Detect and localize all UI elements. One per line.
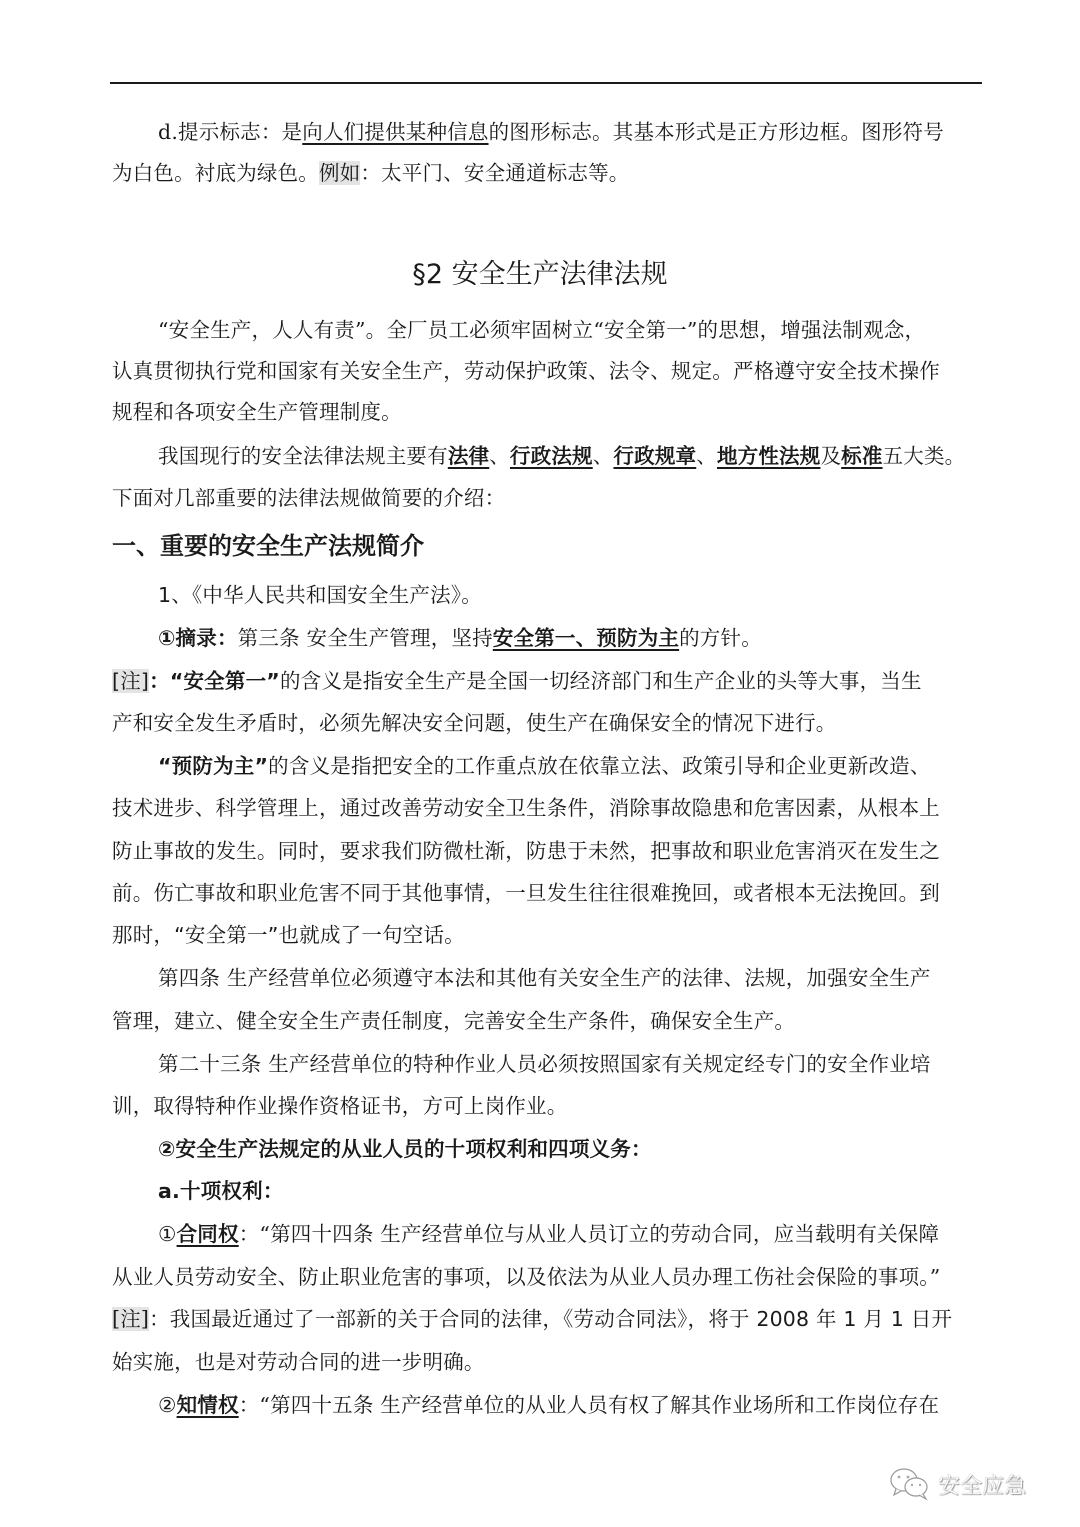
text: 的图形标志。其基本形式是正方形边框。图形符号 bbox=[489, 120, 944, 144]
header-rule bbox=[110, 82, 982, 84]
note2-line2: 始实施，也是对劳动合同的进一步明确。 bbox=[112, 1345, 982, 1375]
text: ：我国最近通过了一部新的关于合同的法律，《劳动合同法》，将于 2008 年 1 … bbox=[149, 1307, 952, 1331]
para-d-line1: d.提示标志：是向人们提供某种信息的图形标志。其基本形式是正方形边框。图形符号 bbox=[158, 115, 982, 145]
rights-subheading: a.十项权利： bbox=[158, 1174, 982, 1204]
right2-line1: ②知情权：“第四十五条 生产经营单位的从业人员有权了解其作业场所和工作岗位存在 bbox=[158, 1388, 982, 1418]
text: ：“第四十四条 生产经营单位与从业人员订立的劳动合同，应当载明有关保障 bbox=[239, 1222, 940, 1246]
item-number: ② bbox=[158, 1393, 177, 1417]
prevention-line5: 那时，“安全第一”也就成了一句空话。 bbox=[112, 918, 982, 948]
text: 的含义是指把安全的工作重点放在依靠立法、政策引导和企业更新改造、 bbox=[268, 754, 930, 778]
text: ：“第四十五条 生产经营单位的从业人员有权了解其作业场所和工作岗位存在 bbox=[239, 1393, 940, 1417]
prevention-line4: 前。伤亡事故和职业危害不同于其他事情，一旦发生往往很难挽回，或者根本无法挽回。到 bbox=[112, 876, 982, 906]
item-number: ① bbox=[158, 1222, 177, 1246]
article23-line2: 训，取得特种作业操作资格证书，方可上岗作业。 bbox=[112, 1089, 982, 1119]
note2-line1: [注]：我国最近通过了一部新的关于合同的法律，《劳动合同法》，将于 2008 年… bbox=[112, 1302, 982, 1332]
highlighted-text: 例如 bbox=[319, 161, 360, 185]
rights-heading: ②安全生产法规定的从业人员的十项权利和四项义务： bbox=[158, 1132, 982, 1162]
intro-line2: 认真贯彻执行党和国家有关安全生产，劳动保护政策、法令、规定。严格遵守安全技术操作 bbox=[112, 354, 982, 384]
text: 第三条 安全生产管理，坚持 bbox=[238, 626, 493, 650]
law1-title: 1、《中华人民共和国安全生产法》。 bbox=[158, 578, 982, 608]
right-label: 合同权 bbox=[177, 1222, 239, 1246]
separator: 、 bbox=[489, 444, 510, 468]
prevention-line2: 技术进步、科学管理上，通过改善劳动安全卫生条件，消除事故隐患和危害因素，从根本上 bbox=[112, 791, 982, 821]
note-line2: 产和安全发生矛盾时，必须先解决安全问题，使生产在确保安全的情况下进行。 bbox=[112, 706, 982, 736]
excerpt-label: ①摘录： bbox=[158, 626, 238, 650]
categories-line2: 下面对几部重要的法律法规做简要的介绍： bbox=[112, 481, 982, 511]
prevention-line1: “预防为主”的含义是指把安全的工作重点放在依靠立法、政策引导和企业更新改造、 bbox=[158, 749, 982, 779]
article4-line2: 管理，建立、健全安全生产责任制度，完善安全生产条件，确保安全生产。 bbox=[112, 1004, 982, 1034]
conjunction: 及 bbox=[820, 444, 841, 468]
category-admin-rule: 行政规章 bbox=[613, 444, 696, 468]
categories-line1: 我国现行的安全法律法规主要有法律、行政法规、行政规章、地方性法规及标准五大类。 bbox=[158, 439, 982, 469]
bold-term: “安全第一” bbox=[170, 669, 280, 693]
category-admin-regulation: 行政法规 bbox=[510, 444, 593, 468]
text: 我国现行的安全法律法规主要有 bbox=[158, 444, 448, 468]
prevention-line3: 防止事故的发生。同时，要求我们防微杜渐，防患于未然，把事故和职业危害消灭在发生之 bbox=[112, 834, 982, 864]
right1-line2: 从业人员劳动安全、防止职业危害的事项，以及依法为从业人员办理工伤社会保险的事项。… bbox=[112, 1260, 982, 1290]
right1-line1: ①合同权：“第四十四条 生产经营单位与从业人员订立的劳动合同，应当载明有关保障 bbox=[158, 1217, 982, 1247]
wechat-icon bbox=[888, 1466, 932, 1502]
colon: ： bbox=[149, 669, 170, 693]
text: 的方针。 bbox=[679, 626, 762, 650]
article23-line1: 第二十三条 生产经营单位的特种作业人员必须按照国家有关规定经专门的安全作业培 bbox=[158, 1047, 982, 1077]
category-local-regulation: 地方性法规 bbox=[717, 444, 821, 468]
right-label: 知情权 bbox=[177, 1393, 239, 1417]
note-label: [注] bbox=[112, 669, 149, 693]
watermark: 安全应急 bbox=[888, 1466, 1026, 1502]
watermark-text: 安全应急 bbox=[938, 1469, 1026, 1500]
text: 为白色。衬底为绿色。 bbox=[112, 161, 319, 185]
underlined-text: 向人们提供某种信息 bbox=[302, 120, 488, 144]
text: 五大类。 bbox=[883, 444, 966, 468]
excerpt-line: ①摘录：第三条 安全生产管理，坚持安全第一、预防为主的方针。 bbox=[158, 621, 982, 651]
intro-line1: “安全生产，人人有责”。全厂员工必须牢固树立“安全第一”的思想，增强法制观念， bbox=[158, 313, 982, 343]
heading-1: 一、重要的安全生产法规简介 bbox=[112, 526, 424, 561]
para-d-line2: 为白色。衬底为绿色。例如：太平门、安全通道标志等。 bbox=[112, 156, 982, 186]
category-law: 法律 bbox=[448, 444, 489, 468]
bold-term: “预防为主” bbox=[158, 754, 268, 778]
separator: 、 bbox=[696, 444, 717, 468]
note-label: [注] bbox=[112, 1307, 149, 1331]
underlined-text: 安全第一、预防为主 bbox=[493, 626, 679, 650]
text: ：太平门、安全通道标志等。 bbox=[360, 161, 629, 185]
text: 的含义是指安全生产是全国一切经济部门和生产企业的头等大事，当生 bbox=[280, 669, 922, 693]
section-title: §2 安全生产法律法规 bbox=[0, 252, 1080, 291]
category-standard: 标准 bbox=[841, 444, 882, 468]
separator: 、 bbox=[593, 444, 614, 468]
article4-line1: 第四条 生产经营单位必须遵守本法和其他有关安全生产的法律、法规，加强安全生产 bbox=[158, 961, 982, 991]
note-line1: [注]：“安全第一”的含义是指安全生产是全国一切经济部门和生产企业的头等大事，当… bbox=[112, 664, 982, 694]
intro-line3: 规程和各项安全生产管理制度。 bbox=[112, 395, 982, 425]
text: d.提示标志：是 bbox=[158, 120, 302, 144]
